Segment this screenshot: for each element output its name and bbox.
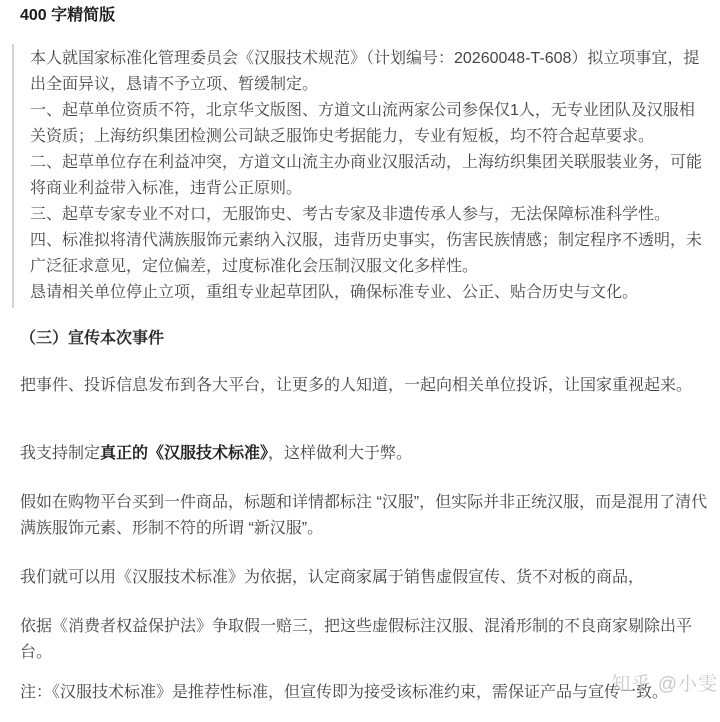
- blockquote-line: 恳请相关单位停止立项，重组专业起草团队，确保标准专业、公正、贴合历史与文化。: [30, 280, 706, 306]
- bold-text: 真正的《汉服技术标准》: [100, 445, 268, 462]
- blockquote-line: 三、起草专家专业不对口，无服饰史、考古专家及非遗传承人参与，无法保障标准科学性。: [30, 202, 706, 228]
- article-content: 400 字精简版 本人就国家标准化管理委员会《汉服技术规范》（计划编号：2026…: [0, 0, 700, 706]
- paragraph-standard-basis: 我们就可以用《汉服技术标准》为依据，认定商家属于销售虚假宣传、货不对板的商品，: [20, 565, 718, 591]
- blockquote-line: 本人就国家标准化管理委员会《汉服技术规范》（计划编号：20260048-T-60…: [30, 46, 706, 98]
- paragraph-support-prefix: 我支持制定: [20, 445, 100, 462]
- section-heading: （三）宣传本次事件: [20, 328, 700, 350]
- paragraph-support-suffix: ，这样做利大于弊。: [268, 445, 412, 462]
- blockquote-line: 四、标准拟将清代满族服饰元素纳入汉服，违背历史事实，伤害民族情感；制定程序不透明…: [30, 228, 706, 280]
- blockquote-line: 一、起草单位资质不符，北京华文版图、方道文山流两家公司参保仅1人，无专业团队及汉…: [30, 98, 706, 150]
- paragraph-shopping-example: 假如在购物平台买到一件商品，标题和详情都标注 “汉服”，但实际并非正统汉服，而是…: [20, 490, 718, 542]
- paragraph-note: 注：《汉服技术标准》是推荐性标准，但宣传即为接受该标准约束，需保证产品与宣传一致…: [20, 680, 718, 706]
- paragraph-publicize: 把事件、投诉信息发布到各大平台，让更多的人知道，一起向相关单位投诉，让国家重视起…: [20, 373, 718, 399]
- paragraph-consumer-law: 依据《消费者权益保护法》争取假一赔三，把这些虚假标注汉服、混淆形制的不良商家剔除…: [20, 614, 718, 666]
- blockquote-line: 二、起草单位存在利益冲突，方道文山流主办商业汉服活动，上海纺织集团关联服装业务，…: [30, 150, 706, 202]
- page-title: 400 字精简版: [20, 6, 700, 26]
- objection-blockquote: 本人就国家标准化管理委员会《汉服技术规范》（计划编号：20260048-T-60…: [12, 44, 706, 308]
- paragraph-support: 我支持制定真正的《汉服技术标准》，这样做利大于弊。: [20, 441, 718, 467]
